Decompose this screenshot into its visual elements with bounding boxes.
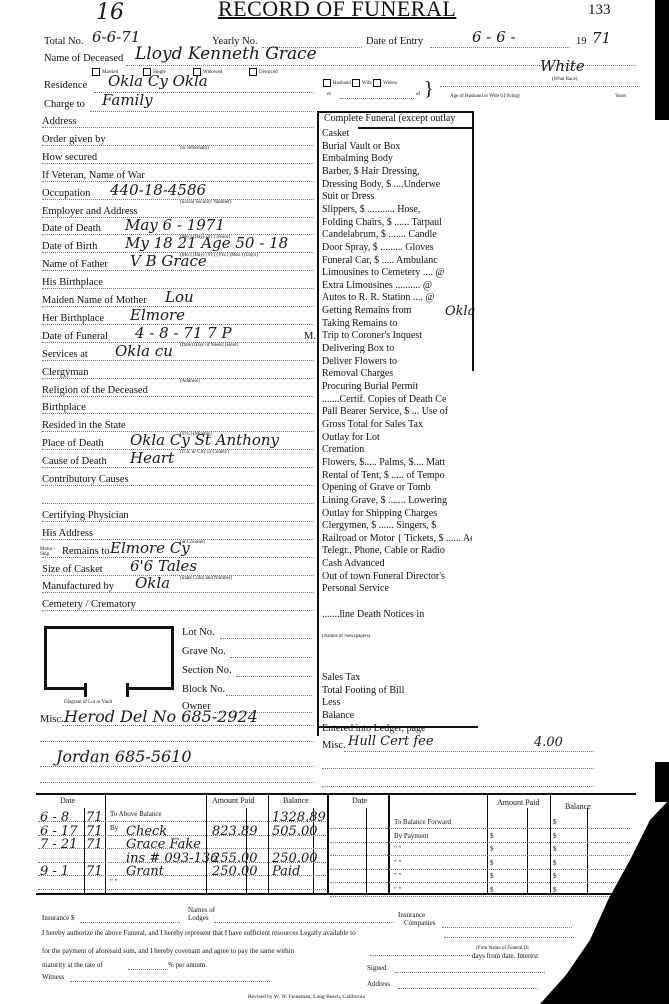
race-hint: (What Race) — [552, 77, 577, 82]
charge-item: Personal Service — [322, 583, 472, 594]
race-value[interactable]: White — [540, 57, 585, 75]
ledger-right-desc: " " — [394, 872, 401, 880]
dollar-sign: $ — [490, 872, 494, 880]
getting-remains-value[interactable]: Okla — [445, 304, 475, 319]
left-field-label: Date of Birth — [42, 241, 97, 252]
left-field-label: Address — [42, 116, 76, 127]
residence-value[interactable]: Okla Cy Okla — [108, 72, 208, 90]
left-field-label: Religion of the Deceased — [42, 385, 148, 396]
ledger-balance[interactable]: 505.00 — [272, 824, 318, 839]
charge-item: Cremation — [322, 444, 472, 455]
charge-item: Dressing Body, $ ....Underwe — [322, 179, 472, 190]
left-field-hint: (Date) (Day of Week) (Hour) — [180, 343, 238, 348]
ledger-desc[interactable]: Grant — [126, 864, 164, 879]
charge-item: Rental of Tent, $ ..... of Tempo — [322, 470, 472, 481]
charge-item: Limousines to Cemetery .... @ — [322, 267, 472, 278]
charge-item: Lining Grave, $ ....... Lowering — [322, 495, 472, 506]
charge-item: Procuring Burial Permit — [322, 381, 472, 392]
left-field-value[interactable]: V B Grace — [130, 252, 207, 270]
lot-diagram-box — [44, 626, 174, 690]
charge-item: Folding Chairs, $ ...... Tarpaul — [322, 217, 472, 228]
insurance-label: Insurance $ — [42, 914, 74, 922]
ledger-date[interactable]: 7 - 21 — [40, 837, 77, 852]
total-no-value[interactable]: 6-6-71 — [92, 28, 140, 46]
pm-suffix: M. — [304, 331, 316, 342]
witness-label: Witness — [42, 973, 64, 981]
charge-item: Barber, $ Hair Dressing, — [322, 166, 472, 177]
left-field-value[interactable]: My 18 21 Age 50 - 18 — [125, 234, 288, 252]
ledger-amount-paid[interactable]: 250.00 — [212, 864, 258, 879]
ledger-right-date-header: Date — [352, 796, 367, 805]
age-spouse-label: Age of Husband or Wife (if living) — [450, 94, 520, 99]
charge-item: Taking Remains to — [322, 318, 472, 329]
left-field-value[interactable]: Okla cu — [115, 342, 173, 360]
left-field-value[interactable]: Elmore Cy — [110, 539, 190, 557]
ledger-year[interactable]: 71 — [86, 864, 103, 879]
brace: } — [424, 78, 434, 101]
revised-by: Revised by W. W. Feineman, Long Beach, C… — [248, 994, 365, 1000]
ledger-date[interactable]: 6 - 8 — [40, 810, 69, 825]
misc-right-value[interactable]: Hull Cert fee — [348, 734, 434, 749]
left-field-label: Date of Death — [42, 223, 101, 234]
charge-item: Funeral Car, $ ..... Ambulanc — [322, 255, 472, 266]
ledger-balance[interactable]: 1328.89 — [272, 810, 326, 825]
lodges-label-1: Names of — [188, 906, 215, 914]
misc-left-line2[interactable]: Jordan 685-5610 — [56, 747, 192, 766]
misc-right-label: Misc. — [322, 740, 346, 751]
left-field-label: Services at — [42, 349, 88, 360]
left-field-hint: (or Informant) — [180, 146, 209, 151]
section-no-label: Section No. — [182, 665, 232, 676]
ledger-desc-label: " " — [110, 878, 117, 886]
charge-item: Outlay for Shipping Charges — [322, 508, 472, 519]
ledger-right-desc: " " — [394, 886, 401, 894]
left-field-label: Clergyman — [42, 367, 88, 378]
left-field-label: Maiden Name of Mother — [42, 295, 147, 306]
left-field-value[interactable]: May 6 - 1971 — [125, 216, 225, 234]
left-field-label: Resided in the State — [42, 420, 126, 431]
date-of-entry-value[interactable]: 6 - 6 - — [472, 28, 516, 46]
charge-item: Embalming Body — [322, 153, 472, 164]
left-field-hint: (Social Security Number) — [180, 200, 231, 205]
left-field-label: Birthplace — [42, 402, 86, 413]
charge-item: Gross Total for Sales Tax — [322, 419, 472, 430]
ledger-year[interactable]: 71 — [86, 837, 103, 852]
grave-no-label: Grave No. — [182, 646, 226, 657]
charge-item: Cash Advanced — [322, 558, 472, 569]
lot-diagram-label: Diagram of Lot or Vault — [64, 700, 112, 705]
authorization-line2: for the payment of aforesaid sum, and I … — [42, 947, 294, 955]
charge-item: Suit or Dress — [322, 191, 472, 202]
charge-item: Casket — [322, 128, 472, 139]
dollar-sign: $ — [490, 832, 494, 840]
left-field-label: His Birthplace — [42, 277, 103, 288]
left-field-hint: (State Color and Number) — [180, 576, 232, 581]
charge-item: Trip to Coroner's Inquest — [322, 330, 472, 341]
ledger-balance[interactable]: Paid — [272, 864, 300, 879]
misc-left-line1[interactable]: Herod Del No 685-2924 — [64, 707, 258, 726]
charge-item: Clergymen, $ ...... Singers, $ — [322, 520, 472, 531]
left-field-label: Her Birthplace — [42, 313, 104, 324]
left-field-hint: (U.S. or City or County) — [180, 450, 229, 455]
ledger-amount-paid[interactable]: 823.89 — [212, 824, 258, 839]
scan-edge-top — [655, 0, 669, 120]
left-field-value[interactable]: Okla — [135, 574, 170, 592]
charge-item: Autos to R. R. Station .... @ — [322, 292, 472, 303]
charge-to-label: Charge to — [44, 99, 85, 110]
left-field-label: Cemetery / Crematory — [42, 599, 136, 610]
ledger-date[interactable]: 9 - 1 — [40, 864, 69, 879]
charge-item: Less — [322, 697, 472, 708]
year-value[interactable]: 71 — [592, 29, 611, 47]
ledger-left-paid-header: Amount Paid — [212, 796, 254, 805]
left-field-value[interactable]: Lou — [165, 288, 194, 306]
left-field-value[interactable]: Okla Cy St Anthony — [130, 431, 279, 449]
total-no-label: Total No. — [44, 36, 84, 47]
checkbox-married[interactable] — [92, 68, 100, 76]
charge-to-value[interactable]: Family — [102, 91, 153, 109]
charge-item: Entered into Ledger, page — [322, 723, 472, 734]
charge-item: Slippers, $ ........... Hose, — [322, 204, 472, 215]
charge-item: Door Spray, $ ......... Gloves — [322, 242, 472, 253]
ledger-right-desc: " " — [394, 859, 401, 867]
name-label: Name of Deceased — [44, 53, 123, 64]
of-label: of — [416, 92, 420, 97]
ledger-year[interactable]: 71 — [86, 810, 103, 825]
ledger-left-date-header: Date — [60, 796, 75, 805]
charge-item: Opening of Grave or Tomb — [322, 482, 472, 493]
marital-divorced[interactable]: Divorced — [249, 68, 278, 76]
left-field-value[interactable]: 6'6 Tales — [130, 557, 197, 575]
dollar-sign: $ — [490, 886, 494, 894]
ins-companies-2: Companies — [404, 919, 436, 927]
lot-no-label: Lot No. — [182, 627, 215, 638]
date-of-entry-label: Date of Entry — [366, 36, 423, 47]
left-field-label: Order given by — [42, 134, 106, 145]
lot-diagram-notch — [84, 683, 129, 697]
checkbox-widow[interactable] — [373, 79, 381, 87]
left-field-value[interactable]: 4 - 8 - 71 7 P — [135, 324, 232, 342]
charge-item: Pall Bearer Service, $ ... Use of — [322, 406, 472, 417]
left-field-label: Place of Death — [42, 438, 104, 449]
left-field-label: His Address — [42, 528, 93, 539]
authorization-line3: maturity at the rate of — [42, 961, 103, 969]
left-field-hint: (Address) — [180, 379, 200, 384]
or-label: or — [327, 92, 331, 97]
ledger-desc-label: By — [110, 824, 118, 832]
checkbox-divorced[interactable] — [249, 68, 257, 76]
ledger-desc-label: To Above Balance — [110, 810, 162, 818]
misc-right-amount[interactable]: 4.00 — [534, 735, 563, 750]
spouse-options[interactable]: Husband Wife Widow — [323, 79, 398, 87]
charge-item: (Names of Newspapers) — [322, 634, 472, 639]
deceased-name-value[interactable]: Lloyd Kenneth Grace — [135, 44, 317, 64]
left-field-value[interactable]: Elmore — [130, 306, 185, 324]
charge-item: Removal Charges — [322, 368, 472, 379]
authorization-line1: I hereby authorize the above Funeral, an… — [42, 929, 356, 937]
ledger-desc[interactable]: Grace Fake — [126, 837, 201, 852]
handwritten-number: 16 — [96, 0, 124, 25]
address-label: Address — [367, 980, 390, 988]
charge-item: Candelabrum, $ ....... Candle — [322, 229, 472, 240]
ins-companies-1: Insurance — [398, 911, 425, 919]
motor-ship-prefix: Motor / Ship — [40, 547, 60, 557]
lodges-label-2: Lodges — [188, 914, 209, 922]
charge-item: Outlay for Lot — [322, 432, 472, 443]
left-field-label: Remains to — [62, 546, 110, 557]
residence-label: Residence — [44, 80, 87, 91]
signed-label: Signed — [367, 964, 386, 972]
ledger-left-balance-header: Balance — [283, 796, 309, 805]
ledger-right-desc: To Balance Forward — [394, 818, 451, 826]
charge-item: Extra Limousines .......... @ — [322, 280, 472, 291]
scan-edge-mid — [655, 762, 669, 802]
charge-item: Flowers, $..... Palms, $.... Matt — [322, 457, 472, 468]
left-field-value[interactable]: Heart — [130, 449, 174, 467]
charges-heading: Complete Funeral (except outlay — [324, 113, 455, 124]
charge-item: Deliver Flowers to — [322, 356, 472, 367]
ledger-right-desc: " " — [394, 845, 401, 853]
checkbox-wife[interactable] — [352, 79, 360, 87]
charge-item: Total Footing of Bill — [322, 685, 472, 696]
page-title: RECORD OF FUNERAL — [218, 0, 456, 22]
years-label: Years — [615, 94, 626, 99]
page-number: 133 — [588, 2, 611, 19]
left-field-label: Contributory Causes — [42, 474, 129, 485]
left-field-label: If Veteran, Name of War — [42, 170, 145, 181]
checkbox-husband[interactable] — [323, 79, 331, 87]
authorization-line3-end: % per annum. — [168, 961, 207, 969]
charge-item: .......Certif. Copies of Death Ce — [322, 394, 472, 405]
dollar-sign: $ — [490, 845, 494, 853]
charge-item: Railroad or Motor { Tickets, $ ...... Ae… — [322, 533, 472, 544]
left-field-value[interactable]: 440-18-4586 — [110, 181, 206, 199]
left-field-label: How secured — [42, 152, 97, 163]
left-field-label: Name of Father — [42, 259, 108, 270]
left-field-label: Size of Casket — [42, 564, 103, 575]
scan-torn-corner — [500, 800, 669, 1004]
charge-item: Balance — [322, 710, 472, 721]
charge-item: Sales Tax — [322, 672, 472, 683]
dollar-sign: $ — [490, 859, 494, 867]
year-prefix: 19 — [576, 36, 587, 47]
charge-item: Telegr., Phone, Cable or Radio — [322, 545, 472, 556]
ledger-right-desc: By Payment — [394, 832, 428, 840]
charge-item: Delivering Box to — [322, 343, 472, 354]
charge-item: Burial Vault or Box — [322, 141, 472, 152]
left-field-label: Employer and Address — [42, 206, 138, 217]
left-field-label: Date of Funeral — [42, 331, 108, 342]
charge-item: Out of town Funeral Director's — [322, 571, 472, 582]
misc-left-label: Misc. — [40, 714, 64, 725]
left-field-label: Occupation — [42, 188, 90, 199]
left-field-label: Certifying Physician — [42, 510, 129, 521]
left-field-label: Manufactured by — [42, 581, 114, 592]
block-no-label: Block No. — [182, 684, 225, 695]
left-field-label: Cause of Death — [42, 456, 107, 467]
charge-item: .......line Death Notices in — [322, 609, 472, 620]
